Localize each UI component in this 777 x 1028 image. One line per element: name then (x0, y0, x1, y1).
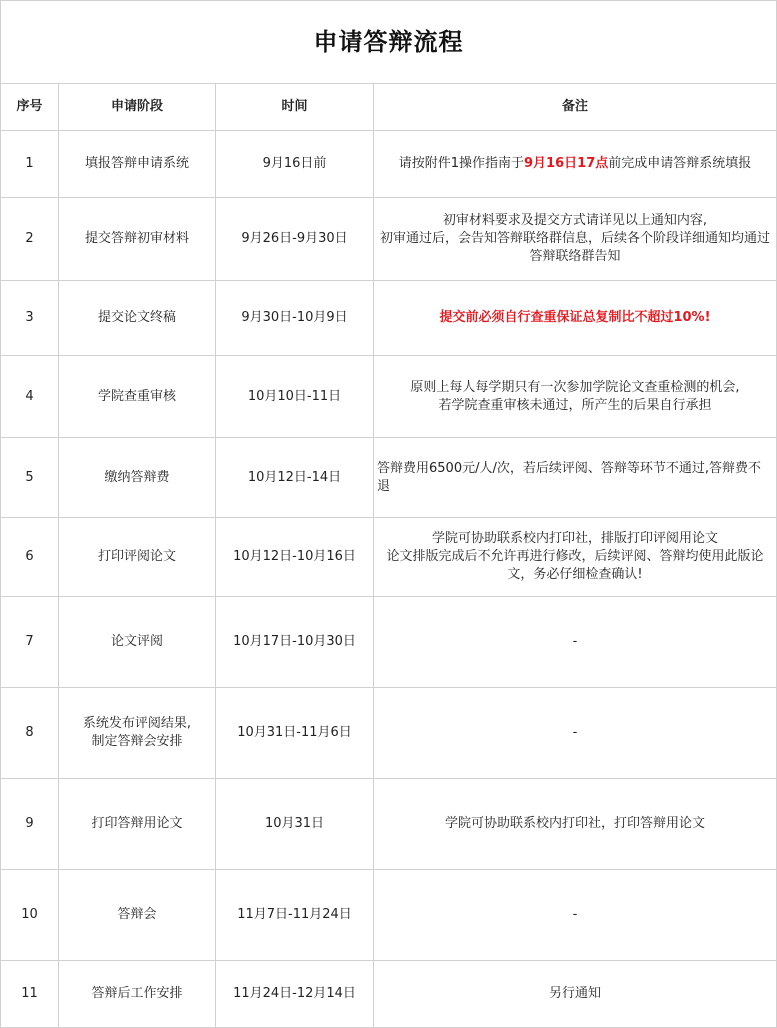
row-note: 答辩费用6500元/人/次，若后续评阅、答辩等环节不通过,答辩费不退 (374, 438, 777, 518)
row-time: 10月12日-10月16日 (216, 518, 374, 597)
row-time: 10月12日-14日 (216, 438, 374, 518)
note-line: 原则上每人每学期只有一次参加学院论文查重检测的机会, (378, 379, 772, 397)
row-note: 初审材料要求及提交方式请详见以上通知内容,初审通过后，会告知答辩联络群信息，后续… (374, 198, 777, 281)
row-stage: 系统发布评阅结果,制定答辩会安排 (59, 688, 216, 779)
row-note-warning: 提交前必须自行查重保证总复制比不超过10%! (374, 281, 777, 356)
note-line: 若学院查重审核未通过，所产生的后果自行承担 (378, 397, 772, 415)
row-no: 2 (1, 198, 59, 281)
note-text: 前完成申请答辩系统填报 (608, 156, 751, 171)
column-header-no: 序号 (1, 84, 59, 131)
table-row: 6 打印评阅论文 10月12日-10月16日 学院可协助联系校内打印社，排版打印… (1, 518, 777, 597)
table-header-row: 序号 申请阶段 时间 备注 (1, 84, 777, 131)
table-row: 3 提交论文终稿 9月30日-10月9日 提交前必须自行查重保证总复制比不超过1… (1, 281, 777, 356)
column-header-stage: 申请阶段 (59, 84, 216, 131)
row-stage: 打印评阅论文 (59, 518, 216, 597)
table-row: 11 答辩后工作安排 11月24日-12月14日 另行通知 (1, 961, 777, 1028)
note-line: 论文排版完成后不允许再进行修改，后续评阅、答辩均使用此版论文，务必仔细检查确认! (378, 548, 772, 584)
row-no: 3 (1, 281, 59, 356)
note-line: 初审通过后，会告知答辩联络群信息，后续各个阶段详细通知均通过答辩联络群告知 (378, 230, 772, 266)
row-time: 11月24日-12月14日 (216, 961, 374, 1028)
row-stage: 打印答辩用论文 (59, 779, 216, 870)
note-text: 请按附件1操作指南于 (399, 156, 524, 171)
defense-process-table: 申请答辩流程 序号 申请阶段 时间 备注 1 填报答辩申请系统 9月16日前 请… (0, 0, 777, 1028)
row-note: 请按附件1操作指南于9月16日17点前完成申请答辩系统填报 (374, 131, 777, 198)
note-line: 学院可协助联系校内打印社，排版打印评阅用论文 (378, 530, 772, 548)
row-time: 10月31日-11月6日 (216, 688, 374, 779)
row-note: 另行通知 (374, 961, 777, 1028)
deadline-highlight: 9月16日17点 (524, 156, 608, 171)
row-time: 9月16日前 (216, 131, 374, 198)
row-note: 原则上每人每学期只有一次参加学院论文查重检测的机会,若学院查重审核未通过，所产生… (374, 356, 777, 438)
table-row: 8 系统发布评阅结果,制定答辩会安排 10月31日-11月6日 - (1, 688, 777, 779)
row-no: 6 (1, 518, 59, 597)
row-note: 学院可协助联系校内打印社，排版打印评阅用论文论文排版完成后不允许再进行修改，后续… (374, 518, 777, 597)
row-no: 10 (1, 870, 59, 961)
page-title: 申请答辩流程 (1, 1, 777, 84)
row-no: 1 (1, 131, 59, 198)
row-note: 学院可协助联系校内打印社，打印答辩用论文 (374, 779, 777, 870)
column-header-note: 备注 (374, 84, 777, 131)
row-time: 10月31日 (216, 779, 374, 870)
row-note: - (374, 870, 777, 961)
row-no: 5 (1, 438, 59, 518)
process-sheet: 申请答辩流程 序号 申请阶段 时间 备注 1 填报答辩申请系统 9月16日前 请… (0, 0, 777, 1028)
stage-line: 制定答辩会安排 (63, 733, 211, 751)
table-row: 9 打印答辩用论文 10月31日 学院可协助联系校内打印社，打印答辩用论文 (1, 779, 777, 870)
note-line: 初审材料要求及提交方式请详见以上通知内容, (378, 212, 772, 230)
row-stage: 提交论文终稿 (59, 281, 216, 356)
row-time: 11月7日-11月24日 (216, 870, 374, 961)
stage-line: 系统发布评阅结果, (63, 715, 211, 733)
row-time: 9月26日-9月30日 (216, 198, 374, 281)
row-note: - (374, 597, 777, 688)
row-stage: 答辩后工作安排 (59, 961, 216, 1028)
column-header-time: 时间 (216, 84, 374, 131)
table-row: 1 填报答辩申请系统 9月16日前 请按附件1操作指南于9月16日17点前完成申… (1, 131, 777, 198)
row-time: 9月30日-10月9日 (216, 281, 374, 356)
row-time: 10月10日-11日 (216, 356, 374, 438)
row-stage: 答辩会 (59, 870, 216, 961)
row-time: 10月17日-10月30日 (216, 597, 374, 688)
row-no: 8 (1, 688, 59, 779)
row-stage: 填报答辩申请系统 (59, 131, 216, 198)
row-note: - (374, 688, 777, 779)
row-stage: 缴纳答辩费 (59, 438, 216, 518)
table-row: 4 学院查重审核 10月10日-11日 原则上每人每学期只有一次参加学院论文查重… (1, 356, 777, 438)
table-row: 7 论文评阅 10月17日-10月30日 - (1, 597, 777, 688)
row-stage: 学院查重审核 (59, 356, 216, 438)
row-no: 11 (1, 961, 59, 1028)
table-row: 10 答辩会 11月7日-11月24日 - (1, 870, 777, 961)
row-no: 4 (1, 356, 59, 438)
row-stage: 论文评阅 (59, 597, 216, 688)
table-row: 2 提交答辩初审材料 9月26日-9月30日 初审材料要求及提交方式请详见以上通… (1, 198, 777, 281)
row-no: 7 (1, 597, 59, 688)
row-stage: 提交答辩初审材料 (59, 198, 216, 281)
row-no: 9 (1, 779, 59, 870)
table-row: 5 缴纳答辩费 10月12日-14日 答辩费用6500元/人/次，若后续评阅、答… (1, 438, 777, 518)
